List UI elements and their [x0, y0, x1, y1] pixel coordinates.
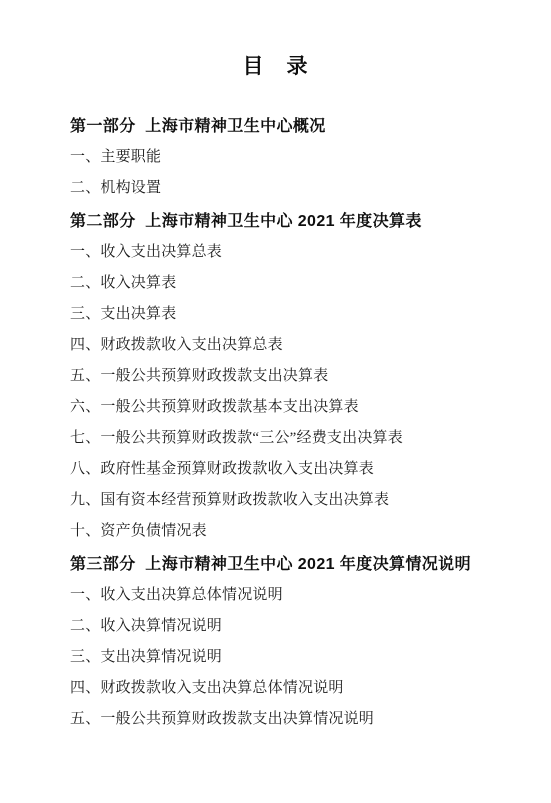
toc-item: 一、收入支出决算总体情况说明	[70, 580, 521, 611]
toc-item: 三、支出决算情况说明	[70, 642, 521, 673]
toc-item: 七、一般公共预算财政拨款“三公”经费支出决算表	[70, 423, 521, 454]
toc-item: 五、一般公共预算财政拨款支出决算表	[70, 361, 521, 392]
toc-item: 四、财政拨款收入支出决算总体情况说明	[70, 673, 521, 704]
toc-section-heading: 第一部分 上海市精神卫生中心概况	[70, 111, 521, 142]
table-of-contents: 第一部分 上海市精神卫生中心概况一、主要职能二、机构设置第二部分 上海市精神卫生…	[0, 111, 551, 735]
toc-item: 二、收入决算表	[70, 268, 521, 299]
page-title: 目 录	[0, 0, 551, 78]
toc-item: 五、一般公共预算财政拨款支出决算情况说明	[70, 704, 521, 735]
toc-item: 四、财政拨款收入支出决算总表	[70, 330, 521, 361]
toc-item: 八、政府性基金预算财政拨款收入支出决算表	[70, 454, 521, 485]
toc-section-heading: 第二部分 上海市精神卫生中心 2021 年度决算表	[70, 206, 521, 237]
toc-item: 二、机构设置	[70, 173, 521, 204]
toc-item: 六、一般公共预算财政拨款基本支出决算表	[70, 392, 521, 423]
document-page: 目 录 第一部分 上海市精神卫生中心概况一、主要职能二、机构设置第二部分 上海市…	[0, 0, 551, 803]
toc-item: 十、资产负债情况表	[70, 516, 521, 547]
toc-item: 九、国有资本经营预算财政拨款收入支出决算表	[70, 485, 521, 516]
toc-item: 三、支出决算表	[70, 299, 521, 330]
toc-section-heading: 第三部分 上海市精神卫生中心 2021 年度决算情况说明	[70, 549, 521, 580]
toc-item: 二、收入决算情况说明	[70, 611, 521, 642]
toc-item: 一、主要职能	[70, 142, 521, 173]
toc-item: 一、收入支出决算总表	[70, 237, 521, 268]
